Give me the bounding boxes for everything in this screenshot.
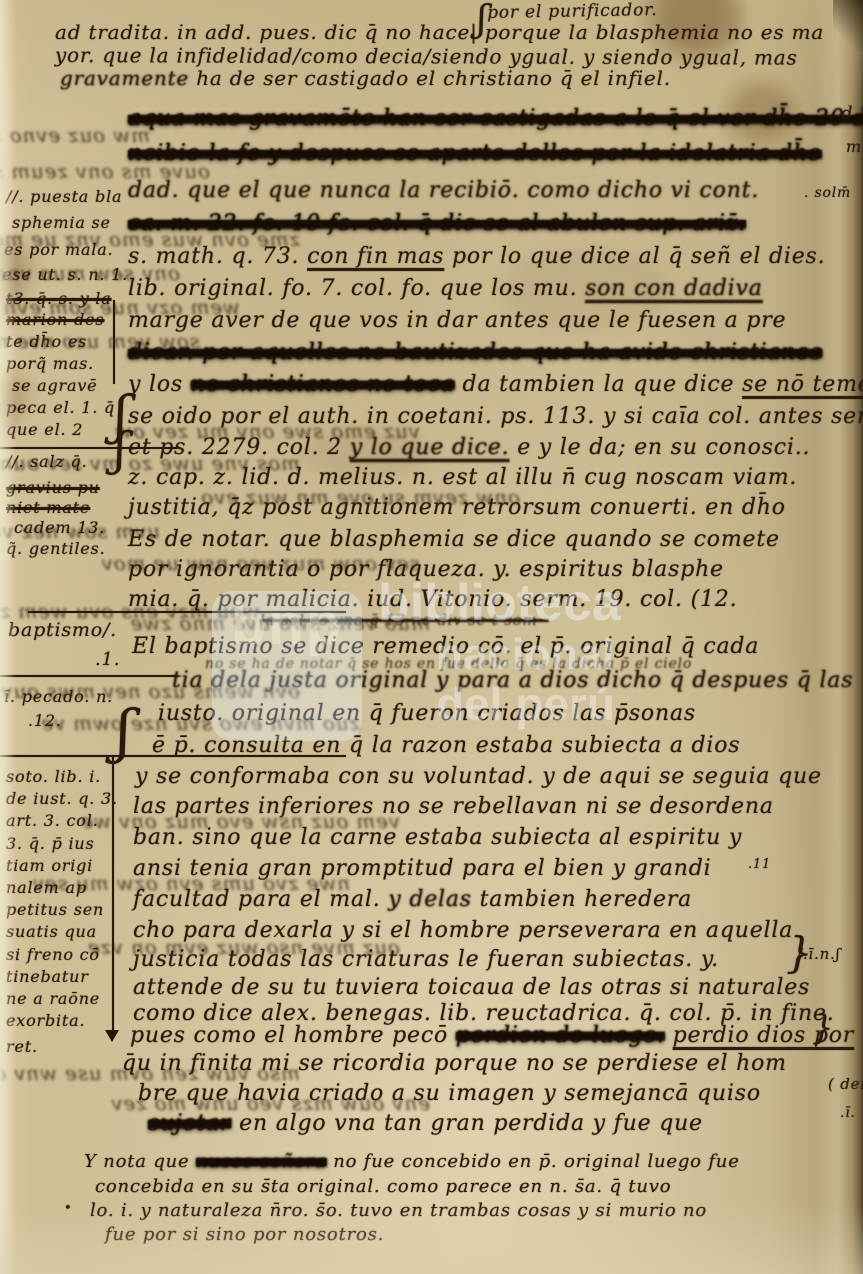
margin-note: baptismo/. bbox=[8, 620, 117, 641]
margin-note: suatis qua bbox=[6, 923, 97, 941]
footnote-line: concebida en su s̄ta original. como pare… bbox=[95, 1177, 671, 1197]
text-run: tambien heredera bbox=[472, 887, 692, 912]
text-run: Y nota que bbox=[84, 1151, 196, 1172]
main-text-line: ncibio la fe y despues se aparto dellos … bbox=[128, 142, 822, 166]
margin-note: ī. pecado. n. bbox=[4, 688, 113, 706]
text-run: cho para dexarla y si el hombre persever… bbox=[133, 918, 793, 943]
text-run: .1. bbox=[95, 649, 120, 670]
side-mark: ʃ bbox=[477, 0, 488, 40]
header-line: yor. que la infidelidad/como decia/siend… bbox=[55, 44, 798, 69]
side-mark: ( den.s bbox=[828, 1076, 863, 1093]
text-run: perdien do luego. bbox=[456, 1023, 665, 1048]
text-run: ban. sino que la carne estaba subiecta a… bbox=[133, 825, 742, 850]
main-text-line: bre que havia criado a su imagen y semej… bbox=[138, 1082, 761, 1106]
text-run: Es de notar. que blasphemia se dice quan… bbox=[128, 527, 780, 552]
main-text-line: mia. q̄. por malicia. iud. Vitonio. serm… bbox=[128, 588, 737, 612]
text-run: .12. bbox=[28, 711, 62, 730]
main-text-line: se oido por el auth. in coetani. ps. 113… bbox=[128, 405, 863, 429]
text-run: aqua mas gravamēte han ser castigadas a … bbox=[128, 106, 863, 131]
text-run: //. puesta bla bbox=[6, 187, 122, 206]
text-run: y se conformaba con su voluntad. y de aq… bbox=[135, 764, 822, 789]
main-text-line: z. cap. z. lid. d. melius. n. est al ill… bbox=[128, 466, 797, 490]
text-run: baptismo/. bbox=[8, 619, 117, 641]
text-run: se oido por el auth. in coetani. ps. 113… bbox=[128, 404, 863, 429]
margin-note: de iust. q. 3. bbox=[6, 790, 118, 808]
side-mark: . solm̄ bbox=[804, 186, 851, 201]
margin-note: exorbita. bbox=[6, 1012, 85, 1030]
text-run: //. salz q̄. bbox=[6, 452, 87, 471]
text-run: justicia todas las criaturas le fueran s… bbox=[133, 947, 719, 972]
text-run: marion des bbox=[6, 310, 104, 329]
side-mark: /.ī.n.ʃ bbox=[797, 946, 841, 963]
manuscript-page: mw ouz evno sem ovw muze vno sem ouvouve… bbox=[0, 0, 863, 1274]
text-run: por lo que dice al q̄ señ el dies. bbox=[444, 244, 825, 269]
text-run: no christianos no toca bbox=[191, 372, 455, 397]
text-run: ī. pecado. n. bbox=[4, 687, 113, 706]
main-text-line: ca. m. 22. fo. 10 fo. col. q̄ dic se al … bbox=[128, 212, 746, 236]
main-text-line: ē p̄. consulta en q̄ la razon estaba sub… bbox=[152, 734, 740, 758]
text-run: nalem ap bbox=[6, 878, 87, 897]
main-text-line: ansi tenia gran promptitud para el bien … bbox=[133, 857, 711, 881]
main-text-line: tia dela justa original y para a dios di… bbox=[172, 669, 853, 693]
text-run: . solm̄ bbox=[804, 185, 851, 201]
main-text-line: justitia, q̄z post agnitionem retrorsum … bbox=[128, 496, 786, 520]
main-text-line: por ignorantia o por flaqueza. y. espiri… bbox=[128, 558, 724, 582]
main-text-line: las partes inferiores no se rebellavan n… bbox=[133, 795, 774, 819]
main-text-line: Es de notar. que blasphemia se dice quan… bbox=[128, 528, 780, 552]
margin-note: niet mate bbox=[6, 499, 90, 517]
margin-note: ne a raōne bbox=[6, 990, 100, 1008]
text-run: ʃ bbox=[477, 0, 488, 40]
text-run: ncibio la fe y despues se aparto dellos … bbox=[128, 141, 822, 166]
main-text-line: iusto. original en q̄ fueron criados las… bbox=[158, 702, 696, 726]
text-run: } bbox=[812, 1008, 834, 1048]
margin-note: t3. q̄. s. y la bbox=[6, 290, 112, 308]
main-text-line: dad. que el que nunca la recibiō. como d… bbox=[128, 179, 759, 203]
page-bottom-edge bbox=[0, 1204, 863, 1274]
margin-note: gravius pu bbox=[6, 479, 100, 497]
margin-rule bbox=[0, 675, 178, 677]
text-run: por ignorantia o por flaqueza. y. espiri… bbox=[128, 557, 724, 582]
text-run: tia dela justa original y para a dios di… bbox=[172, 668, 853, 693]
main-text-line: lib. original. fo. 7. col. fo. que los m… bbox=[128, 277, 763, 301]
text-run: e y le da; en su conosci.. bbox=[509, 435, 810, 460]
text-run: q̃. gentiles. bbox=[6, 539, 105, 558]
main-text-line: y se conformaba con su voluntad. y de aq… bbox=[135, 765, 822, 789]
text-run: y lo que dice. bbox=[350, 435, 510, 460]
text-run: pues como el hombre pecō bbox=[130, 1023, 456, 1048]
text-run: cadem 13. bbox=[14, 518, 105, 537]
margin-note: 3. q̄. p̄ ius bbox=[6, 835, 95, 853]
main-text-line: justicia todas las criaturas le fueran s… bbox=[133, 948, 719, 972]
text-run: peca el. 1. q̄ bbox=[6, 398, 115, 417]
text-run: tiam origi bbox=[6, 856, 93, 875]
text-run: son con dadiva bbox=[585, 276, 763, 301]
main-text-line: dicar. por aquellos no bautizados que ha… bbox=[128, 341, 822, 365]
text-run: t3. q̄. s. y la bbox=[6, 289, 112, 308]
main-text-line: y los no christianos no toca da tambien … bbox=[128, 373, 863, 397]
text-run: ē p̄. consulta en q̄ la razon estaba sub… bbox=[152, 733, 740, 758]
margin-arrowhead bbox=[105, 1030, 119, 1042]
text-run: ne a raōne bbox=[6, 989, 100, 1008]
text-run: bre que havia criado a su imagen y semej… bbox=[138, 1081, 761, 1106]
text-run: porq̃ mas. bbox=[6, 354, 94, 373]
text-run: ( den.s bbox=[828, 1075, 863, 1093]
text-run: se agravē bbox=[12, 376, 97, 395]
main-text-line: ban. sino que la carne estaba subiecta a… bbox=[133, 826, 742, 850]
text-run: iusto. original en q̄ fueron criados las… bbox=[158, 701, 696, 726]
text-run: se nō teme se bbox=[742, 372, 863, 397]
text-run: .ī. bbox=[840, 1105, 856, 1121]
text-run: ad tradita. in add. pues. dic q̄ no hace… bbox=[55, 20, 824, 44]
text-run: m bbox=[846, 137, 862, 156]
margin-note: que el. 2 bbox=[6, 421, 83, 439]
margin-note: soto. lib. i. bbox=[6, 768, 101, 786]
text-run: dad. que el que nunca la recibiō. como d… bbox=[128, 178, 759, 203]
page-left-edge bbox=[0, 0, 16, 1274]
text-run: concebida en su s̄ta original. como pare… bbox=[95, 1176, 671, 1197]
margin-note: tiam origi bbox=[6, 857, 93, 875]
text-run: es por mala. bbox=[4, 240, 113, 259]
text-run: q̄u in finita mi se ricordia porque no s… bbox=[122, 1051, 787, 1076]
text-run: sphemia se bbox=[12, 213, 111, 232]
margin-note: marion des bbox=[6, 311, 104, 329]
side-mark: .11 bbox=[748, 858, 771, 872]
page-top-right-corner bbox=[833, 0, 863, 52]
text-run: te dh̄o es bbox=[6, 332, 87, 351]
margin-note: porq̃ mas. bbox=[6, 355, 94, 373]
side-mark: } bbox=[812, 1010, 834, 1047]
text-run: ʃ bbox=[114, 422, 127, 476]
text-run: 3. q̄. p̄ ius bbox=[6, 834, 95, 853]
margin-note: peca el. 1. q̄ bbox=[6, 399, 115, 417]
main-text-line: pues como el hombre pecō perdien do lueg… bbox=[130, 1024, 854, 1048]
footnote-line: Y nota que nuese señora no fue concebido… bbox=[84, 1152, 740, 1172]
margin-note: nalem ap bbox=[6, 879, 87, 897]
margin-note: //. salz q̄. bbox=[6, 453, 87, 471]
header-line: gravamente ha de ser castigado el christ… bbox=[60, 67, 671, 89]
margin-vertical-rule bbox=[113, 300, 115, 384]
text-run: mia. q̄. por malicia. iud. Vitonio. serm… bbox=[128, 587, 737, 612]
text-run: ca. m. 22. fo. 10 fo. col. q̄ dic se al … bbox=[128, 211, 746, 236]
text-run: art. 3. col. bbox=[6, 811, 99, 830]
margin-note: sphemia se bbox=[12, 214, 111, 232]
text-run: marge aver de que vos in dar antes que l… bbox=[128, 308, 786, 333]
main-text-line: s. math. q. 73. con fin mas por lo que d… bbox=[128, 245, 825, 269]
side-mark: m bbox=[846, 138, 862, 156]
main-text-line: facultad para el mal. y delas tambien he… bbox=[133, 888, 692, 912]
text-run: s. math. q. 73. bbox=[128, 244, 307, 269]
margin-note: si freno cō bbox=[6, 946, 100, 964]
text-run: tinebatur bbox=[6, 967, 89, 986]
text-run: ese ut. s. n. 1. bbox=[2, 265, 128, 284]
margin-note: cadem 13. bbox=[14, 519, 105, 537]
text-run bbox=[665, 1023, 673, 1048]
margin-note: .12. bbox=[28, 712, 62, 730]
side-mark: .ī. bbox=[840, 1106, 856, 1121]
margin-note: art. 3. col. bbox=[6, 812, 99, 830]
margin-note: ese ut. s. n. 1. bbox=[2, 266, 128, 284]
side-mark: ʃ bbox=[114, 424, 127, 475]
text-run: z. cap. z. lid. d. melius. n. est al ill… bbox=[128, 465, 797, 490]
text-run: /.ī.n.ʃ bbox=[797, 945, 841, 963]
text-run: con fin mas bbox=[307, 244, 444, 269]
margin-note: es por mala. bbox=[4, 241, 113, 259]
text-run: dicar. por aquellos no bautizados que ha… bbox=[128, 340, 822, 365]
text-run: las partes inferiores no se rebellavan n… bbox=[133, 794, 774, 819]
text-run: d bbox=[841, 103, 853, 124]
margin-note: petitus sen bbox=[6, 901, 104, 919]
main-text-line: et ps. 2279. col. 2 y lo que dice. e y l… bbox=[128, 436, 810, 460]
side-mark: d bbox=[841, 104, 853, 124]
main-text-line: marge aver de que vos in dar antes que l… bbox=[128, 309, 786, 333]
main-text-line: q̄u in finita mi se ricordia porque no s… bbox=[122, 1052, 787, 1076]
text-run: sujetar bbox=[148, 1111, 231, 1136]
main-text-line: attende de su tu tuviera toicaua de las … bbox=[133, 976, 810, 1000]
text-run: attende de su tu tuviera toicaua de las … bbox=[133, 975, 810, 1000]
text-run: soto. lib. i. bbox=[6, 767, 101, 786]
text-run: ʃ bbox=[116, 697, 133, 765]
text-run: no fue concebido en p̄. original luego f… bbox=[327, 1151, 740, 1172]
margin-note: //. puesta bla bbox=[6, 188, 122, 206]
text-run: niet mate bbox=[6, 498, 90, 517]
text-run: .11 bbox=[748, 857, 771, 872]
margin-note: se agravē bbox=[12, 377, 97, 395]
text-run: facultad para el mal. bbox=[133, 887, 388, 912]
text-run: gravamente bbox=[60, 66, 189, 90]
text-run: suatis qua bbox=[6, 922, 97, 941]
text-run: la sol es vno q̄ 13 ne div se t som · bbox=[260, 611, 549, 629]
margin-note: tinebatur bbox=[6, 968, 89, 986]
main-text-line: la sol es vno q̄ 13 ne div se t som · bbox=[260, 612, 549, 629]
text-run: de iust. q. 3. bbox=[6, 789, 118, 808]
main-text-line: sujetar en algo vna tan gran perdida y f… bbox=[148, 1112, 703, 1136]
margin-note: q̃. gentiles. bbox=[6, 540, 105, 558]
text-run: nuese señora bbox=[196, 1151, 327, 1172]
text-run: y los bbox=[128, 372, 191, 397]
text-run: si freno cō bbox=[6, 945, 100, 964]
margin-note: te dh̄o es bbox=[6, 333, 87, 351]
text-run: da tambien la que dice bbox=[455, 372, 742, 397]
main-text-line: aqua mas gravamēte han ser castigadas a … bbox=[128, 107, 863, 131]
text-run: y delas bbox=[388, 887, 472, 912]
text-run: ha de ser castigado el christiano q̄ el … bbox=[189, 66, 671, 90]
margin-note: .1. bbox=[95, 650, 120, 670]
text-run: en algo vna tan gran perdida y fue que bbox=[231, 1111, 703, 1136]
text-run: que el. 2 bbox=[6, 420, 83, 439]
text-run: et ps. 2279. col. 2 bbox=[128, 435, 350, 460]
side-mark: ʃ bbox=[116, 700, 133, 764]
header-line: ad tradita. in add. pues. dic q̄ no hace… bbox=[55, 21, 824, 43]
text-run: lib. original. fo. 7. col. fo. que los m… bbox=[128, 276, 585, 301]
main-text-line: cho para dexarla y si el hombre persever… bbox=[133, 919, 793, 943]
text-run: exorbita. bbox=[6, 1011, 85, 1030]
text-run: petitus sen bbox=[6, 900, 104, 919]
text-run: ansi tenia gran promptitud para el bien … bbox=[133, 856, 711, 881]
text-run: gravius pu bbox=[6, 478, 100, 497]
text-run: justitia, q̄z post agnitionem retrorsum … bbox=[128, 495, 786, 520]
